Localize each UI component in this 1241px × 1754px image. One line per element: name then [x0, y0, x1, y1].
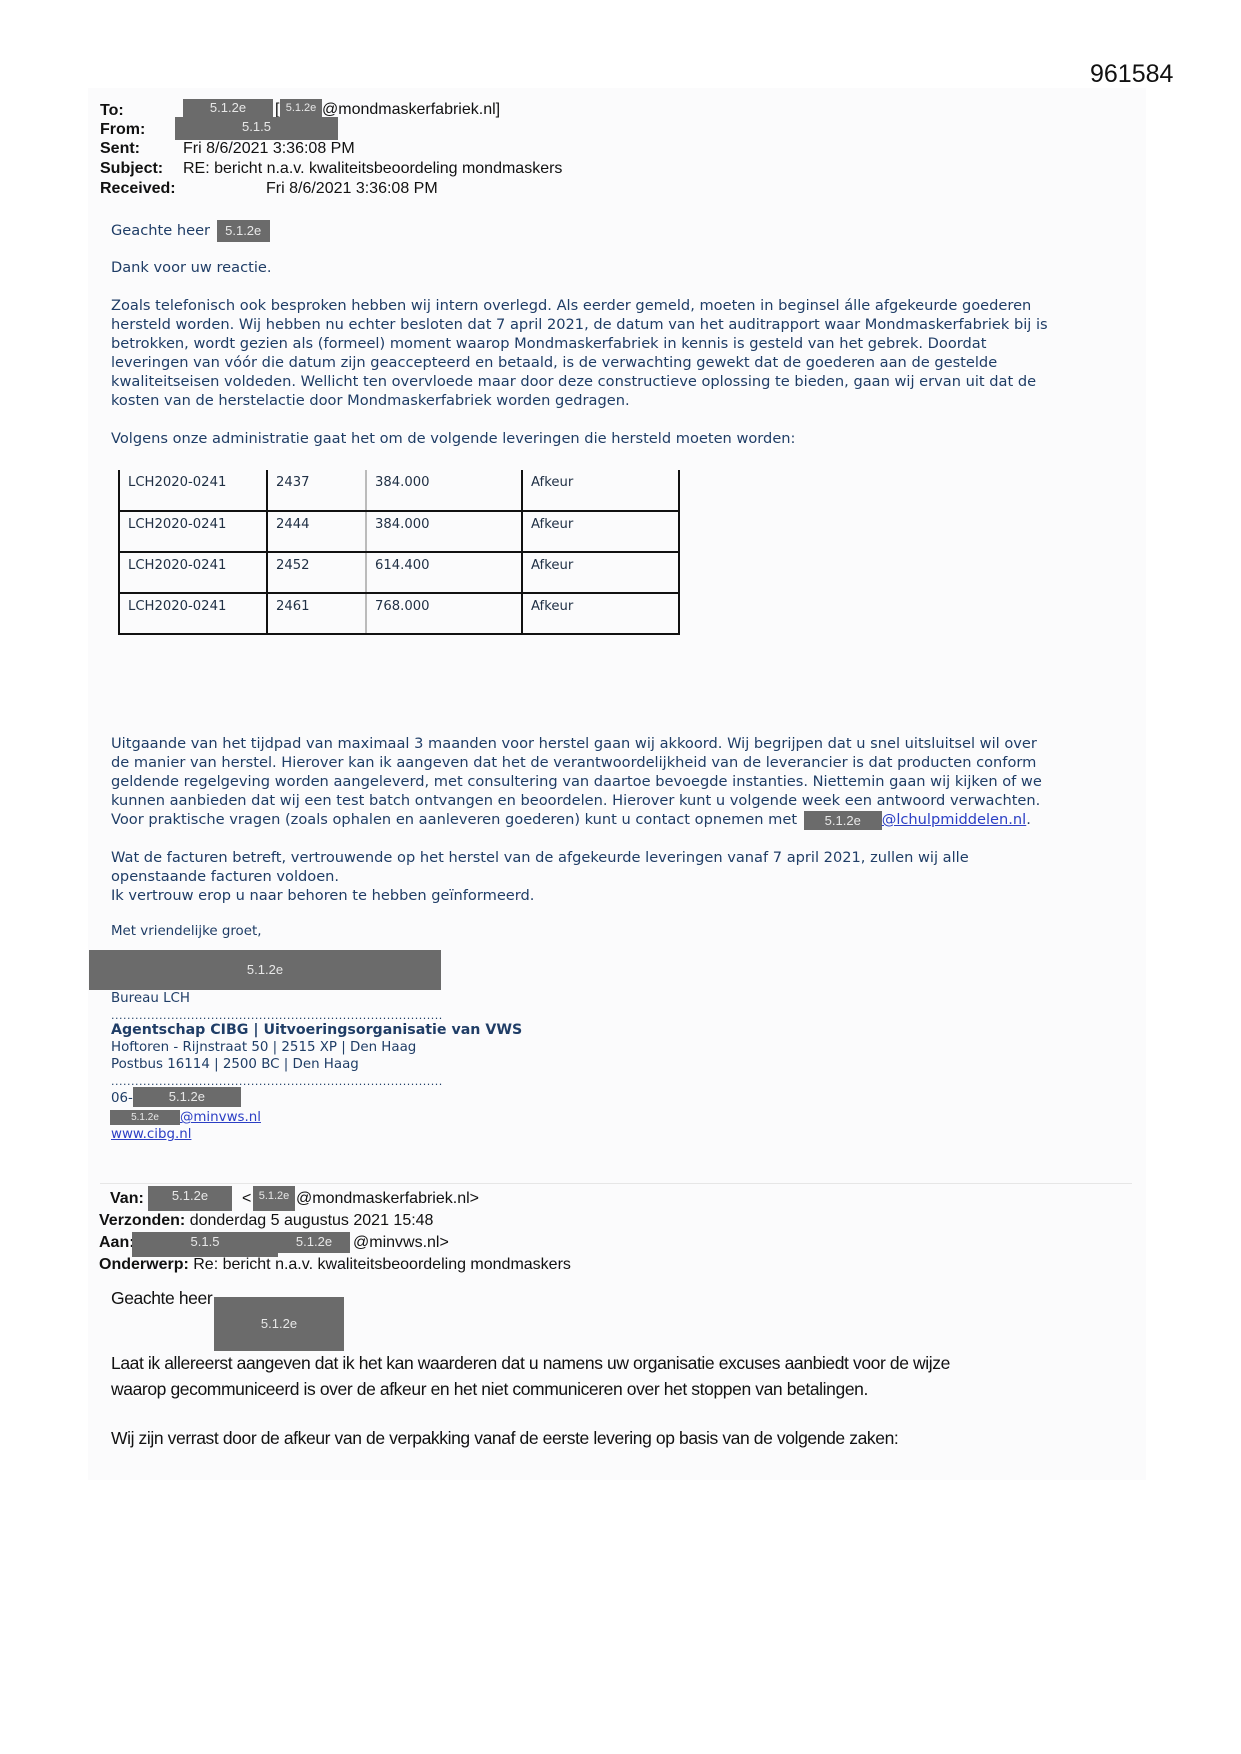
text-line: de manier van herstel. Hierover kan ik a… — [111, 753, 1042, 772]
text-line: openstaande facturen voldoen. — [111, 867, 969, 886]
text-line: Zoals telefonisch ook besproken hebben w… — [111, 296, 1048, 315]
subject-value: RE: bericht n.a.v. kwaliteitsbeoordeling… — [183, 159, 562, 179]
text-line: Wat de facturen betreft, vertrouwende op… — [111, 848, 969, 867]
aan-label: Aan: — [99, 1234, 135, 1251]
redaction-block: 5.1.2e — [280, 99, 322, 117]
text-line: waarop gecommuniceerd is over de afkeur … — [111, 1376, 950, 1402]
van-lt: < — [242, 1189, 251, 1209]
verzonden-label: Verzonden: — [99, 1212, 185, 1229]
text-line: Uitgaande van het tijdpad van maximaal 3… — [111, 734, 1042, 753]
sent-label: Sent: — [100, 140, 140, 157]
page-number: 961584 — [1090, 60, 1173, 89]
received-value: Fri 8/6/2021 3:36:08 PM — [266, 179, 438, 199]
from-label: From: — [100, 121, 145, 138]
text-line: Ik vertrouw erop u naar behoren te hebbe… — [111, 886, 969, 905]
table-cell: 384.000 — [366, 470, 522, 511]
received-label: Received: — [100, 180, 176, 197]
redaction-block: 5.1.2e — [214, 1297, 344, 1351]
text-line: hersteld worden. Wij hebben nu echter be… — [111, 315, 1048, 334]
van-domain: @mondmaskerfabriek.nl> — [296, 1189, 479, 1209]
signature-org: Agentschap CIBG | Uitvoeringsorganisatie… — [111, 1022, 522, 1039]
table-cell: 2452 — [267, 552, 366, 593]
redaction-block: 5.1.2e — [804, 811, 882, 830]
redaction-block: 5.1.2e — [110, 1110, 180, 1125]
table-cell: LCH2020-0241 — [119, 552, 267, 593]
signature-name-redaction: 5.1.2e — [89, 950, 441, 990]
signature-department: Bureau LCH — [111, 990, 190, 1007]
signature-phone: 06-5.1.2e — [111, 1090, 241, 1107]
redaction-block: 5.1.2e — [148, 1186, 232, 1211]
signature-divider: ........................................… — [111, 1012, 473, 1020]
redaction-block: 5.1.2e — [183, 99, 273, 117]
quoted-paragraph-2: Wij zijn verrast door de afkeur van de v… — [111, 1425, 898, 1451]
text-line: kunnen aanbieden dat wij een test batch … — [111, 791, 1042, 810]
table-cell: LCH2020-0241 — [119, 593, 267, 634]
aan-domain: @minvws.nl> — [353, 1233, 449, 1253]
table-cell: LCH2020-0241 — [119, 470, 267, 511]
table-cell: 2437 — [267, 470, 366, 511]
table-cell: Afkeur — [522, 593, 679, 634]
quoted-message-separator — [100, 1183, 1132, 1184]
table-cell: Afkeur — [522, 552, 679, 593]
table-row: LCH2020-02412437384.000Afkeur — [119, 470, 679, 511]
paragraph-decision: Zoals telefonisch ook besproken hebben w… — [111, 296, 1048, 410]
redaction-block: 5.1.2e — [253, 1186, 295, 1211]
quoted-greeting: Geachte heer — [111, 1285, 212, 1311]
thanks-line: Dank voor uw reactie. — [111, 258, 272, 277]
website-link[interactable]: www.cibg.nl — [111, 1127, 191, 1142]
table-cell: 2461 — [267, 593, 366, 634]
table-cell: 2444 — [267, 511, 366, 552]
signature-email: 5.1.2e@minvws.nl — [110, 1109, 261, 1126]
verzonden-value: donderdag 5 augustus 2021 15:48 — [190, 1212, 434, 1229]
greeting: Geachte heer 5.1.2e — [111, 220, 270, 242]
sent-value: Fri 8/6/2021 3:36:08 PM — [183, 139, 355, 159]
text-line: kosten van de herstelactie door Mondmask… — [111, 391, 1048, 410]
onderwerp-label: Onderwerp: — [99, 1256, 189, 1273]
table-cell: Afkeur — [522, 511, 679, 552]
signature-address-1: Hoftoren - Rijnstraat 50 | 2515 XP | Den… — [111, 1039, 416, 1056]
redaction-block: 5.1.5 — [175, 117, 338, 140]
redaction-block: 5.1.2e — [278, 1232, 350, 1253]
table-row: LCH2020-02412452614.400Afkeur — [119, 552, 679, 593]
text-line: leveringen van vóór die datum zijn geacc… — [111, 353, 1048, 372]
redaction-block: 5.1.5 — [132, 1232, 278, 1257]
text-line: betrokken, wordt gezien als (formeel) mo… — [111, 334, 1048, 353]
text-line: geldende regelgeving worden aangeleverd,… — [111, 772, 1042, 791]
subject-label: Subject: — [100, 160, 163, 177]
text-line: kwaliteitseisen voldeden. Wellicht ten o… — [111, 372, 1048, 391]
paragraph-timeline: Uitgaande van het tijdpad van maximaal 3… — [111, 734, 1042, 830]
redaction-block: 5.1.2e — [133, 1087, 241, 1107]
redaction-block: 5.1.2e — [217, 220, 270, 242]
van-label: Van: — [110, 1190, 144, 1207]
paragraph-invoices: Wat de facturen betreft, vertrouwende op… — [111, 848, 969, 905]
text-line: Laat ik allereerst aangeven dat ik het k… — [111, 1350, 950, 1376]
signature-address-2: Postbus 16114 | 2500 BC | Den Haag — [111, 1056, 359, 1073]
table-row: LCH2020-02412444384.000Afkeur — [119, 511, 679, 552]
signature-divider: ........................................… — [111, 1078, 473, 1086]
to-label: To: — [100, 102, 124, 119]
table-cell: 384.000 — [366, 511, 522, 552]
table-cell: 614.400 — [366, 552, 522, 593]
deliveries-table: LCH2020-02412437384.000AfkeurLCH2020-024… — [118, 470, 680, 635]
quoted-paragraph-1: Laat ik allereerst aangeven dat ik het k… — [111, 1350, 950, 1402]
table-cell: LCH2020-0241 — [119, 511, 267, 552]
table-cell: Afkeur — [522, 470, 679, 511]
to-address-domain: @mondmaskerfabriek.nl] — [322, 100, 500, 120]
onderwerp-value: Re: bericht n.a.v. kwaliteitsbeoordeling… — [193, 1256, 571, 1273]
closing: Met vriendelijke groet, — [111, 923, 262, 940]
contact-email-link[interactable]: @lchulpmiddelen.nl — [882, 811, 1027, 828]
table-row: LCH2020-02412461768.000Afkeur — [119, 593, 679, 634]
table-intro: Volgens onze administratie gaat het om d… — [111, 429, 795, 448]
signature-email-link[interactable]: @minvws.nl — [180, 1110, 261, 1125]
table-cell: 768.000 — [366, 593, 522, 634]
